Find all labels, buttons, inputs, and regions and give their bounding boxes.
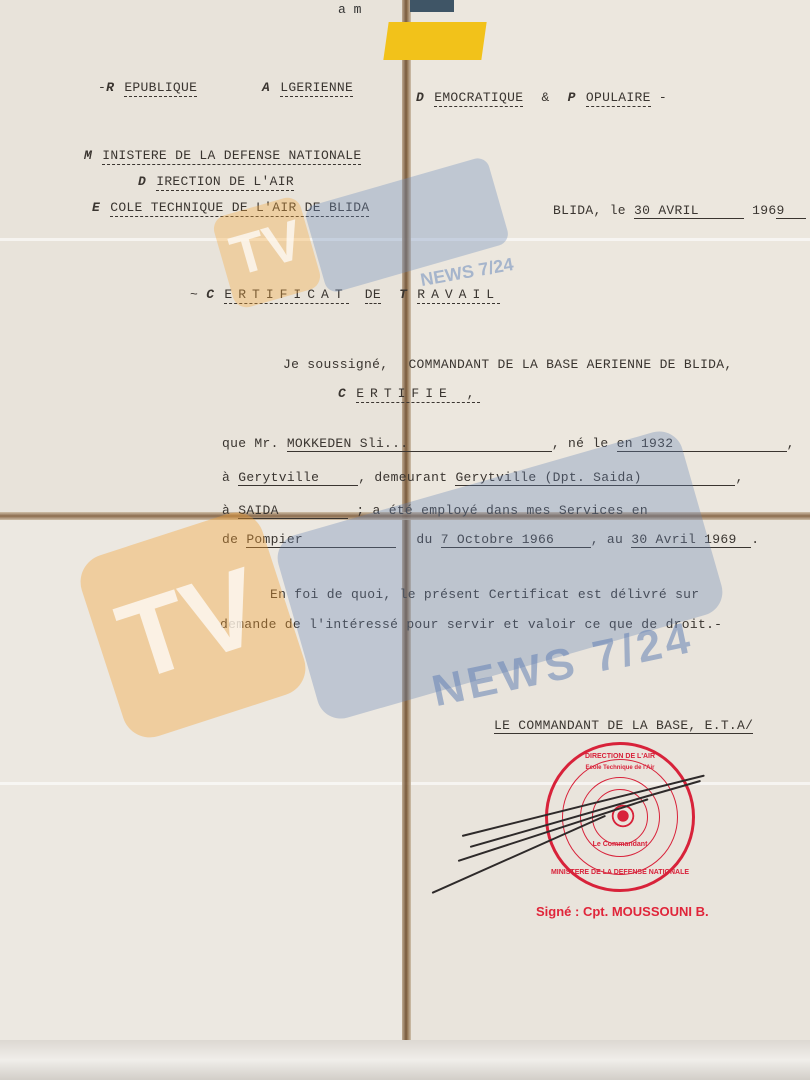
date-year-prefix: 196: [752, 203, 776, 218]
word-populaire: OPULAIRE: [586, 90, 651, 107]
direction-text: IRECTION DE L'AIR: [156, 174, 294, 191]
glyph-d: D: [416, 90, 424, 105]
from-label: du: [416, 532, 432, 547]
glyph-p: P: [568, 90, 576, 105]
at2-label: à: [222, 503, 230, 518]
title-glyph-t: T: [399, 287, 407, 302]
body-soussigne: Je soussigné,: [283, 357, 388, 372]
document-title: ~ C ERTIFICAT DE T RAVAIL: [190, 287, 500, 302]
place-date: BLIDA, le 30 AVRIL 1969: [553, 203, 806, 219]
job: Pompier: [246, 532, 396, 548]
name-prefix: que Mr.: [222, 436, 279, 451]
school-line: E COLE TECHNIQUE DE L'AIR DE BLIDA: [92, 200, 369, 215]
body-job-line: de Pompier du 7 Octobre 1966, au 30 Avri…: [222, 532, 759, 548]
glyph-d2: D: [138, 174, 146, 189]
glyph-m: M: [84, 148, 92, 163]
header-algerienne: A LGERIENNE: [262, 80, 353, 95]
as-label: de: [222, 532, 238, 547]
closing-line-1: En foi de quoi, le présent Certificat es…: [270, 587, 699, 602]
plastic-sleeve-edge: [0, 1040, 810, 1080]
word-algerienne: LGERIENNE: [280, 80, 353, 97]
date-year-suffix: 9: [776, 203, 806, 219]
born-label: , né le: [552, 436, 609, 451]
body-birthplace-line: à Gerytville, demeurant Gerytville (Dpt.…: [222, 470, 744, 486]
title-word-certificat: ERTIFICAT: [224, 287, 348, 304]
header-republic-line: -R EPUBLIQUE: [98, 80, 197, 95]
glyph-a: A: [262, 80, 270, 95]
ministry-text: INISTERE DE LA DEFENSE NATIONALE: [102, 148, 361, 165]
city: SAIDA: [238, 503, 348, 519]
employee-name: MOKKEDEN Sli...: [287, 436, 552, 452]
word-democratique: EMOCRATIQUE: [434, 90, 523, 107]
header-democratique: D EMOCRATIQUE & P OPULAIRE -: [416, 90, 667, 105]
title-word-de: DE: [365, 287, 381, 304]
body-employed-line: à SAIDA ; a été employé dans mes Service…: [222, 503, 648, 519]
ampersand: &: [541, 90, 549, 105]
tape-yellow: [383, 22, 486, 60]
residing-label: , demeurant: [358, 470, 447, 485]
closing-line-2: demande de l'intéressé pour servir et va…: [220, 617, 722, 632]
top-fragment-text: a m: [338, 2, 361, 17]
stamp-text-bottom: MINISTERE DE LA DEFENSE NATIONALE: [548, 869, 692, 876]
title-glyph-c: C: [206, 287, 214, 302]
to-label: , au: [591, 532, 623, 547]
stamp-text-top: DIRECTION DE L'AIR: [548, 753, 692, 760]
from-date: 7 Octobre 1966: [441, 532, 591, 548]
stamp-text-middle: Le Commandant: [548, 841, 692, 848]
ministry-line: M INISTERE DE LA DEFENSE NATIONALE: [84, 148, 361, 163]
stamp-text-inner: Ecole Technique de l'Air: [548, 765, 692, 771]
at-label: à: [222, 470, 230, 485]
certify-glyph: C: [338, 386, 346, 401]
school-text: COLE TECHNIQUE DE L'AIR DE BLIDA: [110, 200, 369, 217]
document-paper: a m -R EPUBLIQUE A LGERIENNE D EMOCRATIQ…: [0, 0, 810, 1080]
glyph-e: E: [92, 200, 100, 215]
date-day-month: 30 AVRIL: [634, 203, 744, 219]
place-prefix: BLIDA, le: [553, 203, 626, 218]
word-republique: EPUBLIQUE: [124, 80, 197, 97]
trailing-dash: -: [659, 90, 667, 105]
signature-title-text: LE COMMANDANT DE LA BASE, E.T.A/: [494, 718, 753, 734]
certify-text: ERTIFIE ,: [356, 386, 480, 403]
signature-title: LE COMMANDANT DE LA BASE, E.T.A/: [494, 718, 753, 734]
to-date: 30 Avril 1969: [631, 532, 751, 548]
direction-line: D IRECTION DE L'AIR: [138, 174, 294, 189]
employed-text: ; a été employé dans mes Services en: [356, 503, 648, 518]
body-certify: C ERTIFIE ,: [338, 386, 480, 401]
residence: Gerytville (Dpt. Saida): [455, 470, 735, 486]
body-commandant: COMMANDANT DE LA BASE AERIENNE DE BLIDA,: [408, 357, 732, 372]
glyph-r: R: [106, 80, 114, 95]
birthplace: Gerytville: [238, 470, 358, 486]
body-line-1: Je soussigné, COMMANDANT DE LA BASE AERI…: [283, 357, 733, 372]
born-value: en 1932: [617, 436, 787, 452]
body-name-line: que Mr. MOKKEDEN Sli..., né le en 1932,: [222, 436, 795, 452]
tape-blue: [410, 0, 454, 12]
signed-by: Signé : Cpt. MOUSSOUNI B.: [536, 904, 709, 919]
title-word-travail: RAVAIL: [417, 287, 500, 304]
